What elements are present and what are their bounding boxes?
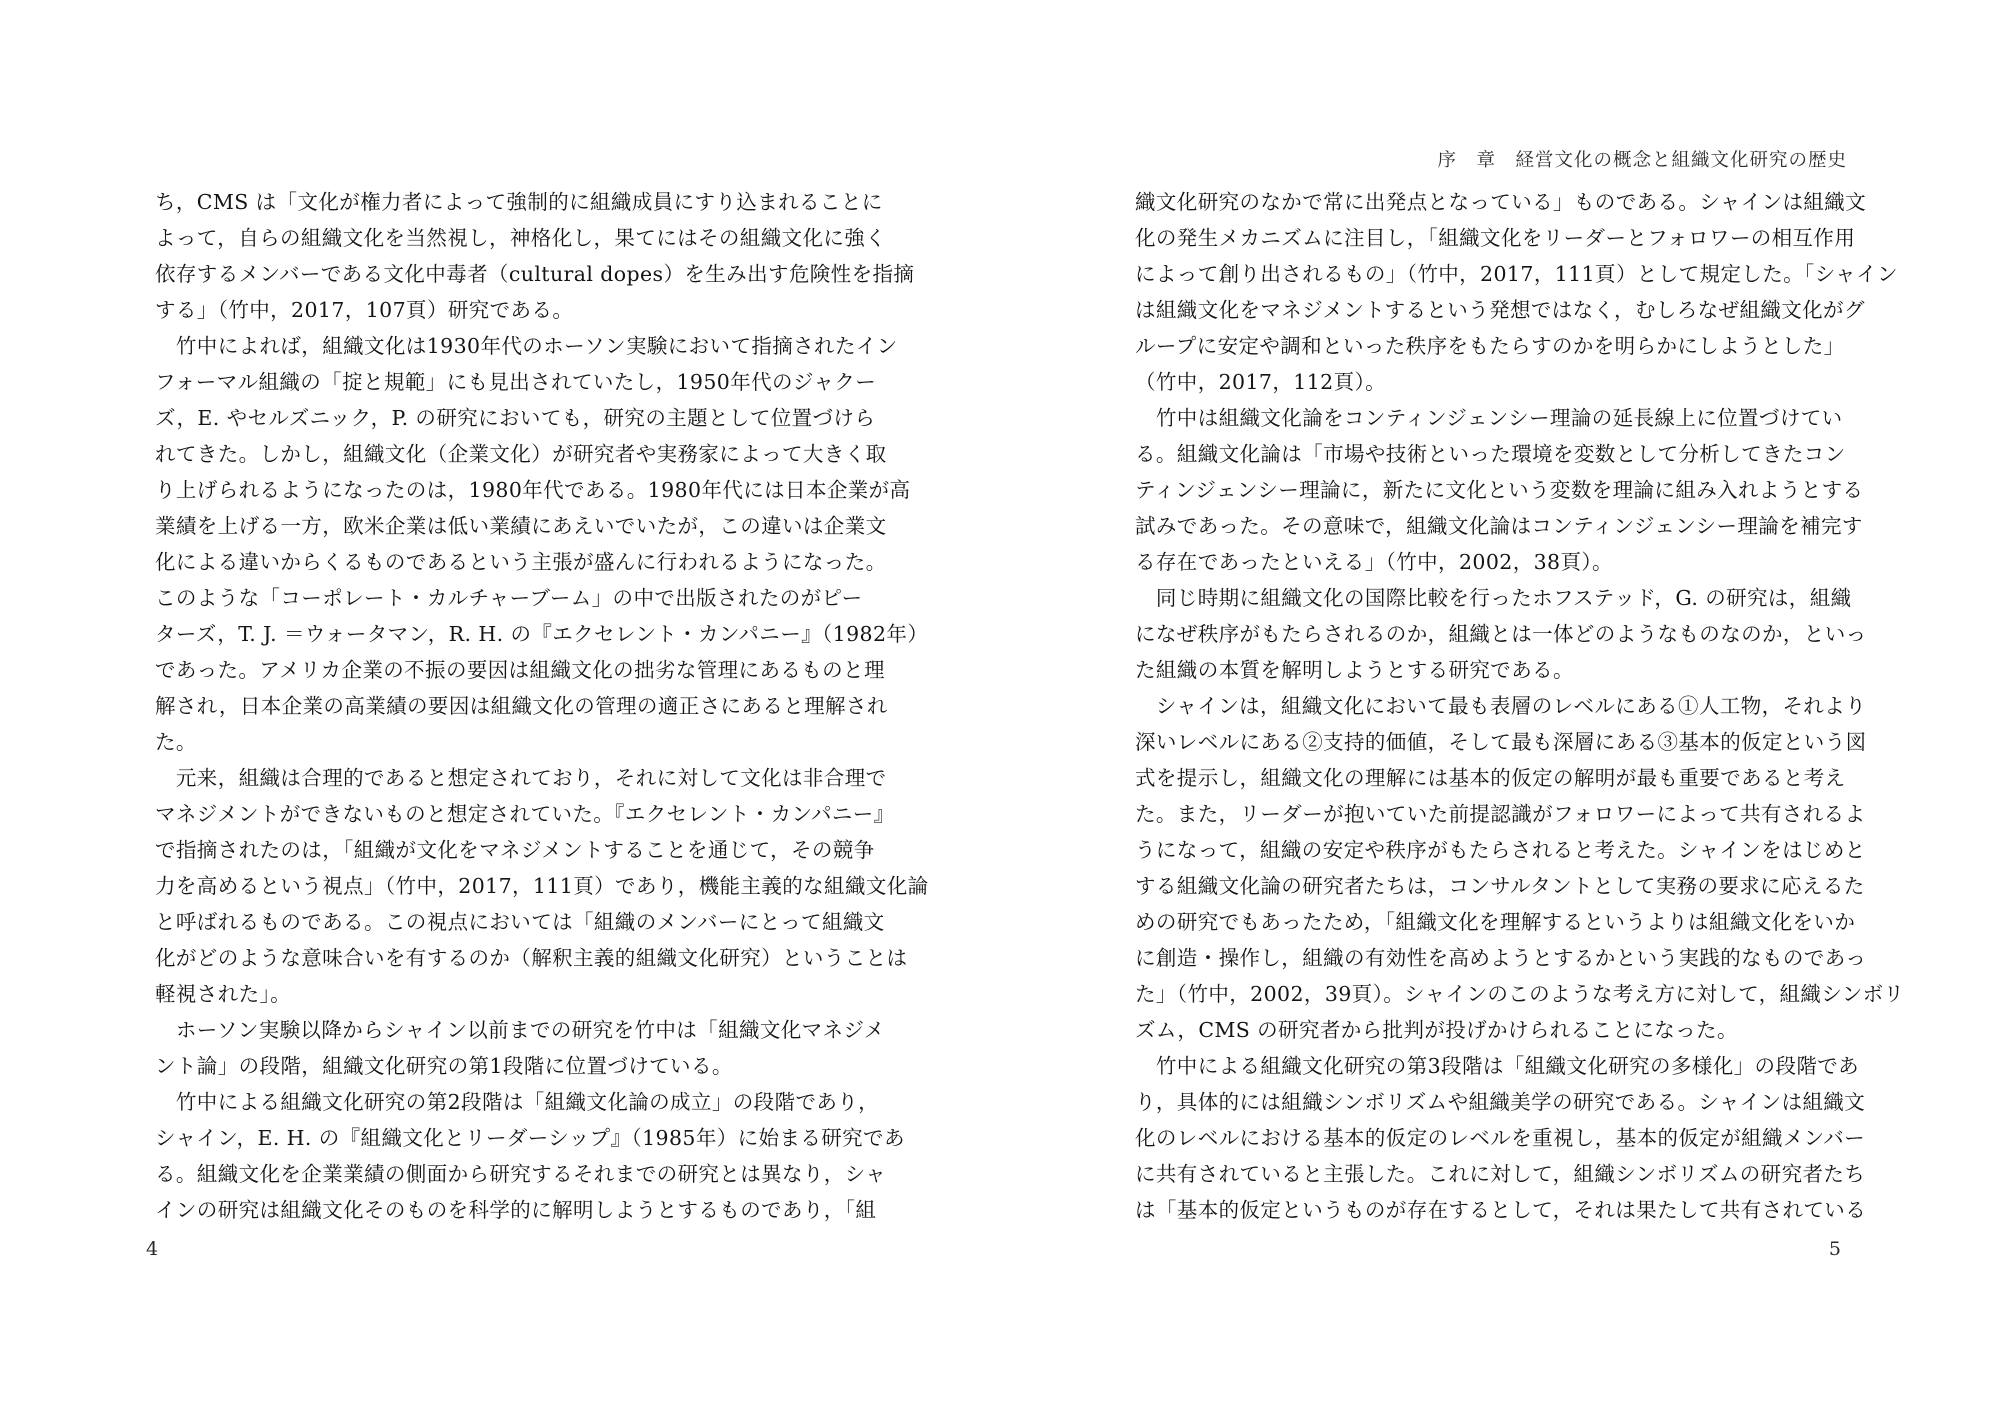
text-line: する組織文化論の研究者たちは，コンサルタントとして実務の要求に応えるた (1135, 868, 1895, 904)
text-line: シャインは，組織文化において最も表層のレベルにある①人工物，それより (1135, 688, 1895, 724)
text-line: フォーマル組織の「掟と規範」にも見出されていたし，1950年代のジャクー (155, 364, 915, 400)
text-line: 竹中による組織文化研究の第2段階は「組織文化論の成立」の段階であり， (155, 1084, 915, 1120)
page-number-right: 5 (1135, 1238, 1841, 1260)
text-line: 深いレベルにある②支持的価値，そして最も深層にある③基本的仮定という図 (1135, 724, 1895, 760)
text-line: 竹中は組織文化論をコンティンジェンシー理論の延長線上に位置づけてい (1135, 400, 1895, 436)
text-line: り上げられるようになったのは，1980年代である。1980年代には日本企業が高 (155, 472, 915, 508)
text-line: （竹中，2017，112頁）。 (1135, 364, 1895, 400)
text-line: た。 (155, 724, 915, 760)
text-line: マネジメントができないものと想定されていた。『エクセレント・カンパニー』 (155, 796, 915, 832)
text-line: シャイン，E. H. の『組織文化とリーダーシップ』（1985年）に始まる研究で… (155, 1120, 915, 1156)
text-line: ターズ，T. J. ＝ウォータマン，R. H. の『エクセレント・カンパニー』（… (155, 616, 915, 652)
text-line: 元来，組織は合理的であると想定されており，それに対して文化は非合理で (155, 760, 915, 796)
text-line: れてきた。しかし，組織文化（企業文化）が研究者や実務家によって大きく取 (155, 436, 915, 472)
text-line: に共有されていると主張した。これに対して，組織シンボリズムの研究者たち (1135, 1156, 1895, 1192)
text-line: 化がどのような意味合いを有するのか（解釈主義的組織文化研究）ということは (155, 940, 915, 976)
text-line: ち，CMS は「文化が権力者によって強制的に組織成員にすり込まれることに (155, 184, 915, 220)
text-line: 試みであった。その意味で，組織文化論はコンティンジェンシー理論を補完す (1135, 508, 1895, 544)
text-line: と呼ばれるものである。この視点においては「組織のメンバーにとって組織文 (155, 904, 915, 940)
text-line: によって創り出されるもの」（竹中，2017，111頁）として規定した。「シャイン (1135, 256, 1895, 292)
text-line: 依存するメンバーである文化中毒者（cultural dopes）を生み出す危険性… (155, 256, 915, 292)
text-line: うになって，組織の安定や秩序がもたらされると考えた。シャインをはじめと (1135, 832, 1895, 868)
text-line: めの研究でもあったため，「組織文化を理解するというよりは組織文化をいか (1135, 904, 1895, 940)
text-line: た。また，リーダーが抱いていた前提認識がフォロワーによって共有されるよ (1135, 796, 1895, 832)
text-line: 竹中による組織文化研究の第3段階は「組織文化研究の多様化」の段階であ (1135, 1048, 1895, 1084)
text-line: り，具体的には組織シンボリズムや組織美学の研究である。シャインは組織文 (1135, 1084, 1895, 1120)
text-line: 化による違いからくるものであるという主張が盛んに行われるようになった。 (155, 544, 915, 580)
text-line: 化のレベルにおける基本的仮定のレベルを重視し，基本的仮定が組織メンバー (1135, 1120, 1895, 1156)
text-line: よって，自らの組織文化を当然視し，神格化し，果てにはその組織文化に強く (155, 220, 915, 256)
text-line: 力を高めるという視点」（竹中，2017，111頁）であり，機能主義的な組織文化論 (155, 868, 915, 904)
left-page-text: ち，CMS は「文化が権力者によって強制的に組織成員にすり込まれることによって，… (155, 184, 915, 1228)
text-line: ティンジェンシー理論に，新たに文化という変数を理論に組み入れようとする (1135, 472, 1895, 508)
text-line: は「基本的仮定というものが存在するとして，それは果たして共有されている (1135, 1192, 1895, 1228)
text-line: に創造・操作し，組織の有効性を高めようとするかという実践的なものであっ (1135, 940, 1895, 976)
text-line: 竹中によれば，組織文化は1930年代のホーソン実験において指摘されたイン (155, 328, 915, 364)
text-line: インの研究は組織文化そのものを科学的に解明しようとするものであり，「組 (155, 1192, 915, 1228)
page-number-left: 4 (146, 1238, 158, 1260)
text-line: ズ，E. やセルズニック，P. の研究においても，研究の主題として位置づけら (155, 400, 915, 436)
text-line: になぜ秩序がもたらされるのか，組織とは一体どのようなものなのか，といっ (1135, 616, 1895, 652)
text-line: 織文化研究のなかで常に出発点となっている」ものである。シャインは組織文 (1135, 184, 1895, 220)
book-spread: 序 章 経営文化の概念と組織文化研究の歴史 ち，CMS は「文化が権力者によって… (0, 0, 2000, 1414)
text-line: で指摘されたのは，「組織が文化をマネジメントすることを通じて，その競争 (155, 832, 915, 868)
text-line: た」（竹中，2002，39頁）。シャインのこのような考え方に対して，組織シンボリ (1135, 976, 1895, 1012)
text-line: る存在であったといえる」（竹中，2002，38頁）。 (1135, 544, 1895, 580)
text-line: 軽視された」。 (155, 976, 915, 1012)
text-line: 同じ時期に組織文化の国際比較を行ったホフステッド，G. の研究は，組織 (1135, 580, 1895, 616)
text-line: ント論」の段階，組織文化研究の第1段階に位置づけている。 (155, 1048, 915, 1084)
text-line: は組織文化をマネジメントするという発想ではなく，むしろなぜ組織文化がグ (1135, 292, 1895, 328)
text-line: する」（竹中，2017，107頁）研究である。 (155, 292, 915, 328)
text-line: 化の発生メカニズムに注目し，「組織文化をリーダーとフォロワーの相互作用 (1135, 220, 1895, 256)
text-line: であった。アメリカ企業の不振の要因は組織文化の拙劣な管理にあるものと理 (155, 652, 915, 688)
text-line: 業績を上げる一方，欧米企業は低い業績にあえいでいたが，この違いは企業文 (155, 508, 915, 544)
text-line: る。組織文化を企業業績の側面から研究するそれまでの研究とは異なり，シャ (155, 1156, 915, 1192)
text-line: ループに安定や調和といった秩序をもたらすのかを明らかにしようとした」 (1135, 328, 1895, 364)
text-line: ホーソン実験以降からシャイン以前までの研究を竹中は「組織文化マネジメ (155, 1012, 915, 1048)
text-line: る。組織文化論は「市場や技術といった環境を変数として分析してきたコン (1135, 436, 1895, 472)
running-head: 序 章 経営文化の概念と組織文化研究の歴史 (1135, 146, 1847, 172)
text-line: ズム，CMS の研究者から批判が投げかけられることになった。 (1135, 1012, 1895, 1048)
text-line: 解され，日本企業の高業績の要因は組織文化の管理の適正さにあると理解され (155, 688, 915, 724)
text-line: 式を提示し，組織文化の理解には基本的仮定の解明が最も重要であると考え (1135, 760, 1895, 796)
text-line: このような「コーポレート・カルチャーブーム」の中で出版されたのがピー (155, 580, 915, 616)
text-line: た組織の本質を解明しようとする研究である。 (1135, 652, 1895, 688)
right-page-text: 織文化研究のなかで常に出発点となっている」ものである。シャインは組織文化の発生メ… (1135, 184, 1895, 1228)
